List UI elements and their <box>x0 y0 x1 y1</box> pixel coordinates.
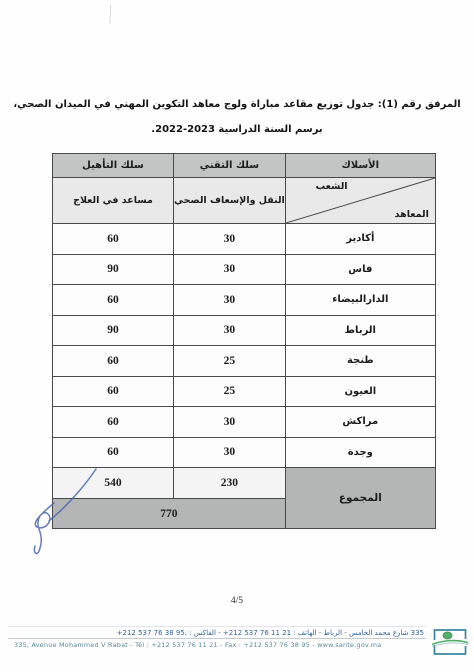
institute-cell: طنجة <box>285 346 435 377</box>
qualif-seats-cell: 60 <box>53 285 174 316</box>
seats-distribution-table: الأسلاك سلك التقني سلك التأهيل الشعب الم… <box>52 153 436 529</box>
page-number: 4/5 <box>0 596 474 606</box>
tech-seats-cell: 25 <box>174 346 286 377</box>
tech-specialty-cell: النقل والإسعاف الصحي <box>174 178 286 224</box>
table-row: أكادير 30 60 <box>53 224 436 255</box>
tech-seats-cell: 30 <box>174 407 286 438</box>
qualif-corps-header-cell: سلك التأهيل <box>53 154 174 178</box>
footer-phone-ar: +212 537 76 11 21 <box>223 629 291 637</box>
qualif-seats-cell: 60 <box>53 224 174 255</box>
letterhead-footer: 335 شارع محمد الخامس - الرباط - الهاتف :… <box>8 626 468 657</box>
totals-row: المجموع 230 540 <box>53 468 436 499</box>
qualif-seats-cell: 90 <box>53 315 174 346</box>
scan-artifact-mark <box>100 3 120 25</box>
document-title: المرفق رقم (1): جدول توزيع مقاعد مباراة … <box>0 92 474 142</box>
qualif-seats-cell: 60 <box>53 376 174 407</box>
title-line-2: برسم السنة الدراسية 2023-2022. <box>0 117 474 142</box>
footer-french-line: 335, Avenue Mohammed V Rabat - Tél : +21… <box>8 638 426 649</box>
tech-seats-cell: 30 <box>174 437 286 468</box>
institute-cell: الدارالبيضاء <box>285 285 435 316</box>
institute-cell: وجدة <box>285 437 435 468</box>
qualif-specialty-cell: مساعد في العلاج <box>53 178 174 224</box>
table-row: طنجة 25 60 <box>53 346 436 377</box>
header-row-specialty: الشعب المعاهد النقل والإسعاف الصحي مساعد… <box>53 178 436 224</box>
title-line-1: المرفق رقم (1): جدول توزيع مقاعد مباراة … <box>0 92 474 117</box>
tech-seats-cell: 30 <box>174 224 286 255</box>
footer-arabic-line: 335 شارع محمد الخامس - الرباط - الهاتف :… <box>8 626 426 638</box>
header-row-corps: الأسلاك سلك التقني سلك التأهيل <box>53 154 436 178</box>
tech-seats-cell: 25 <box>174 376 286 407</box>
institute-cell: مراكش <box>285 407 435 438</box>
scanned-document-page: المرفق رقم (1): جدول توزيع مقاعد مباراة … <box>0 0 474 672</box>
footer-text-block: 335 شارع محمد الخامس - الرباط - الهاتف :… <box>8 626 426 649</box>
tech-seats-cell: 30 <box>174 254 286 285</box>
qualif-seats-cell: 60 <box>53 346 174 377</box>
table-row: وجدة 30 60 <box>53 437 436 468</box>
footer-fax-ar: +212 537 76 38 95. <box>117 629 187 637</box>
diagonal-label-branches: الشعب <box>316 181 348 192</box>
institute-cell: العيون <box>285 376 435 407</box>
table-row: العيون 25 60 <box>53 376 436 407</box>
table-row: مراكش 30 60 <box>53 407 436 438</box>
tech-corps-header-cell: سلك التقني <box>174 154 286 178</box>
corps-header-cell: الأسلاك <box>285 154 435 178</box>
diagonal-label-institutes: المعاهد <box>395 209 429 220</box>
institute-cell: فاس <box>285 254 435 285</box>
ministry-of-health-logo-icon <box>432 627 468 657</box>
tech-seats-cell: 30 <box>174 315 286 346</box>
table-row: فاس 30 90 <box>53 254 436 285</box>
tech-seats-cell: 30 <box>174 285 286 316</box>
tech-total-cell: 230 <box>174 468 286 499</box>
institute-cell: أكادير <box>285 224 435 255</box>
diagonal-header-cell: الشعب المعاهد <box>285 178 435 224</box>
qualif-seats-cell: 90 <box>53 254 174 285</box>
table-row: الرباط 30 90 <box>53 315 436 346</box>
institute-cell: الرباط <box>285 315 435 346</box>
qualif-seats-cell: 60 <box>53 407 174 438</box>
total-label-cell: المجموع <box>285 468 435 529</box>
table-row: الدارالبيضاء 30 60 <box>53 285 436 316</box>
handwritten-signature <box>18 463 103 559</box>
